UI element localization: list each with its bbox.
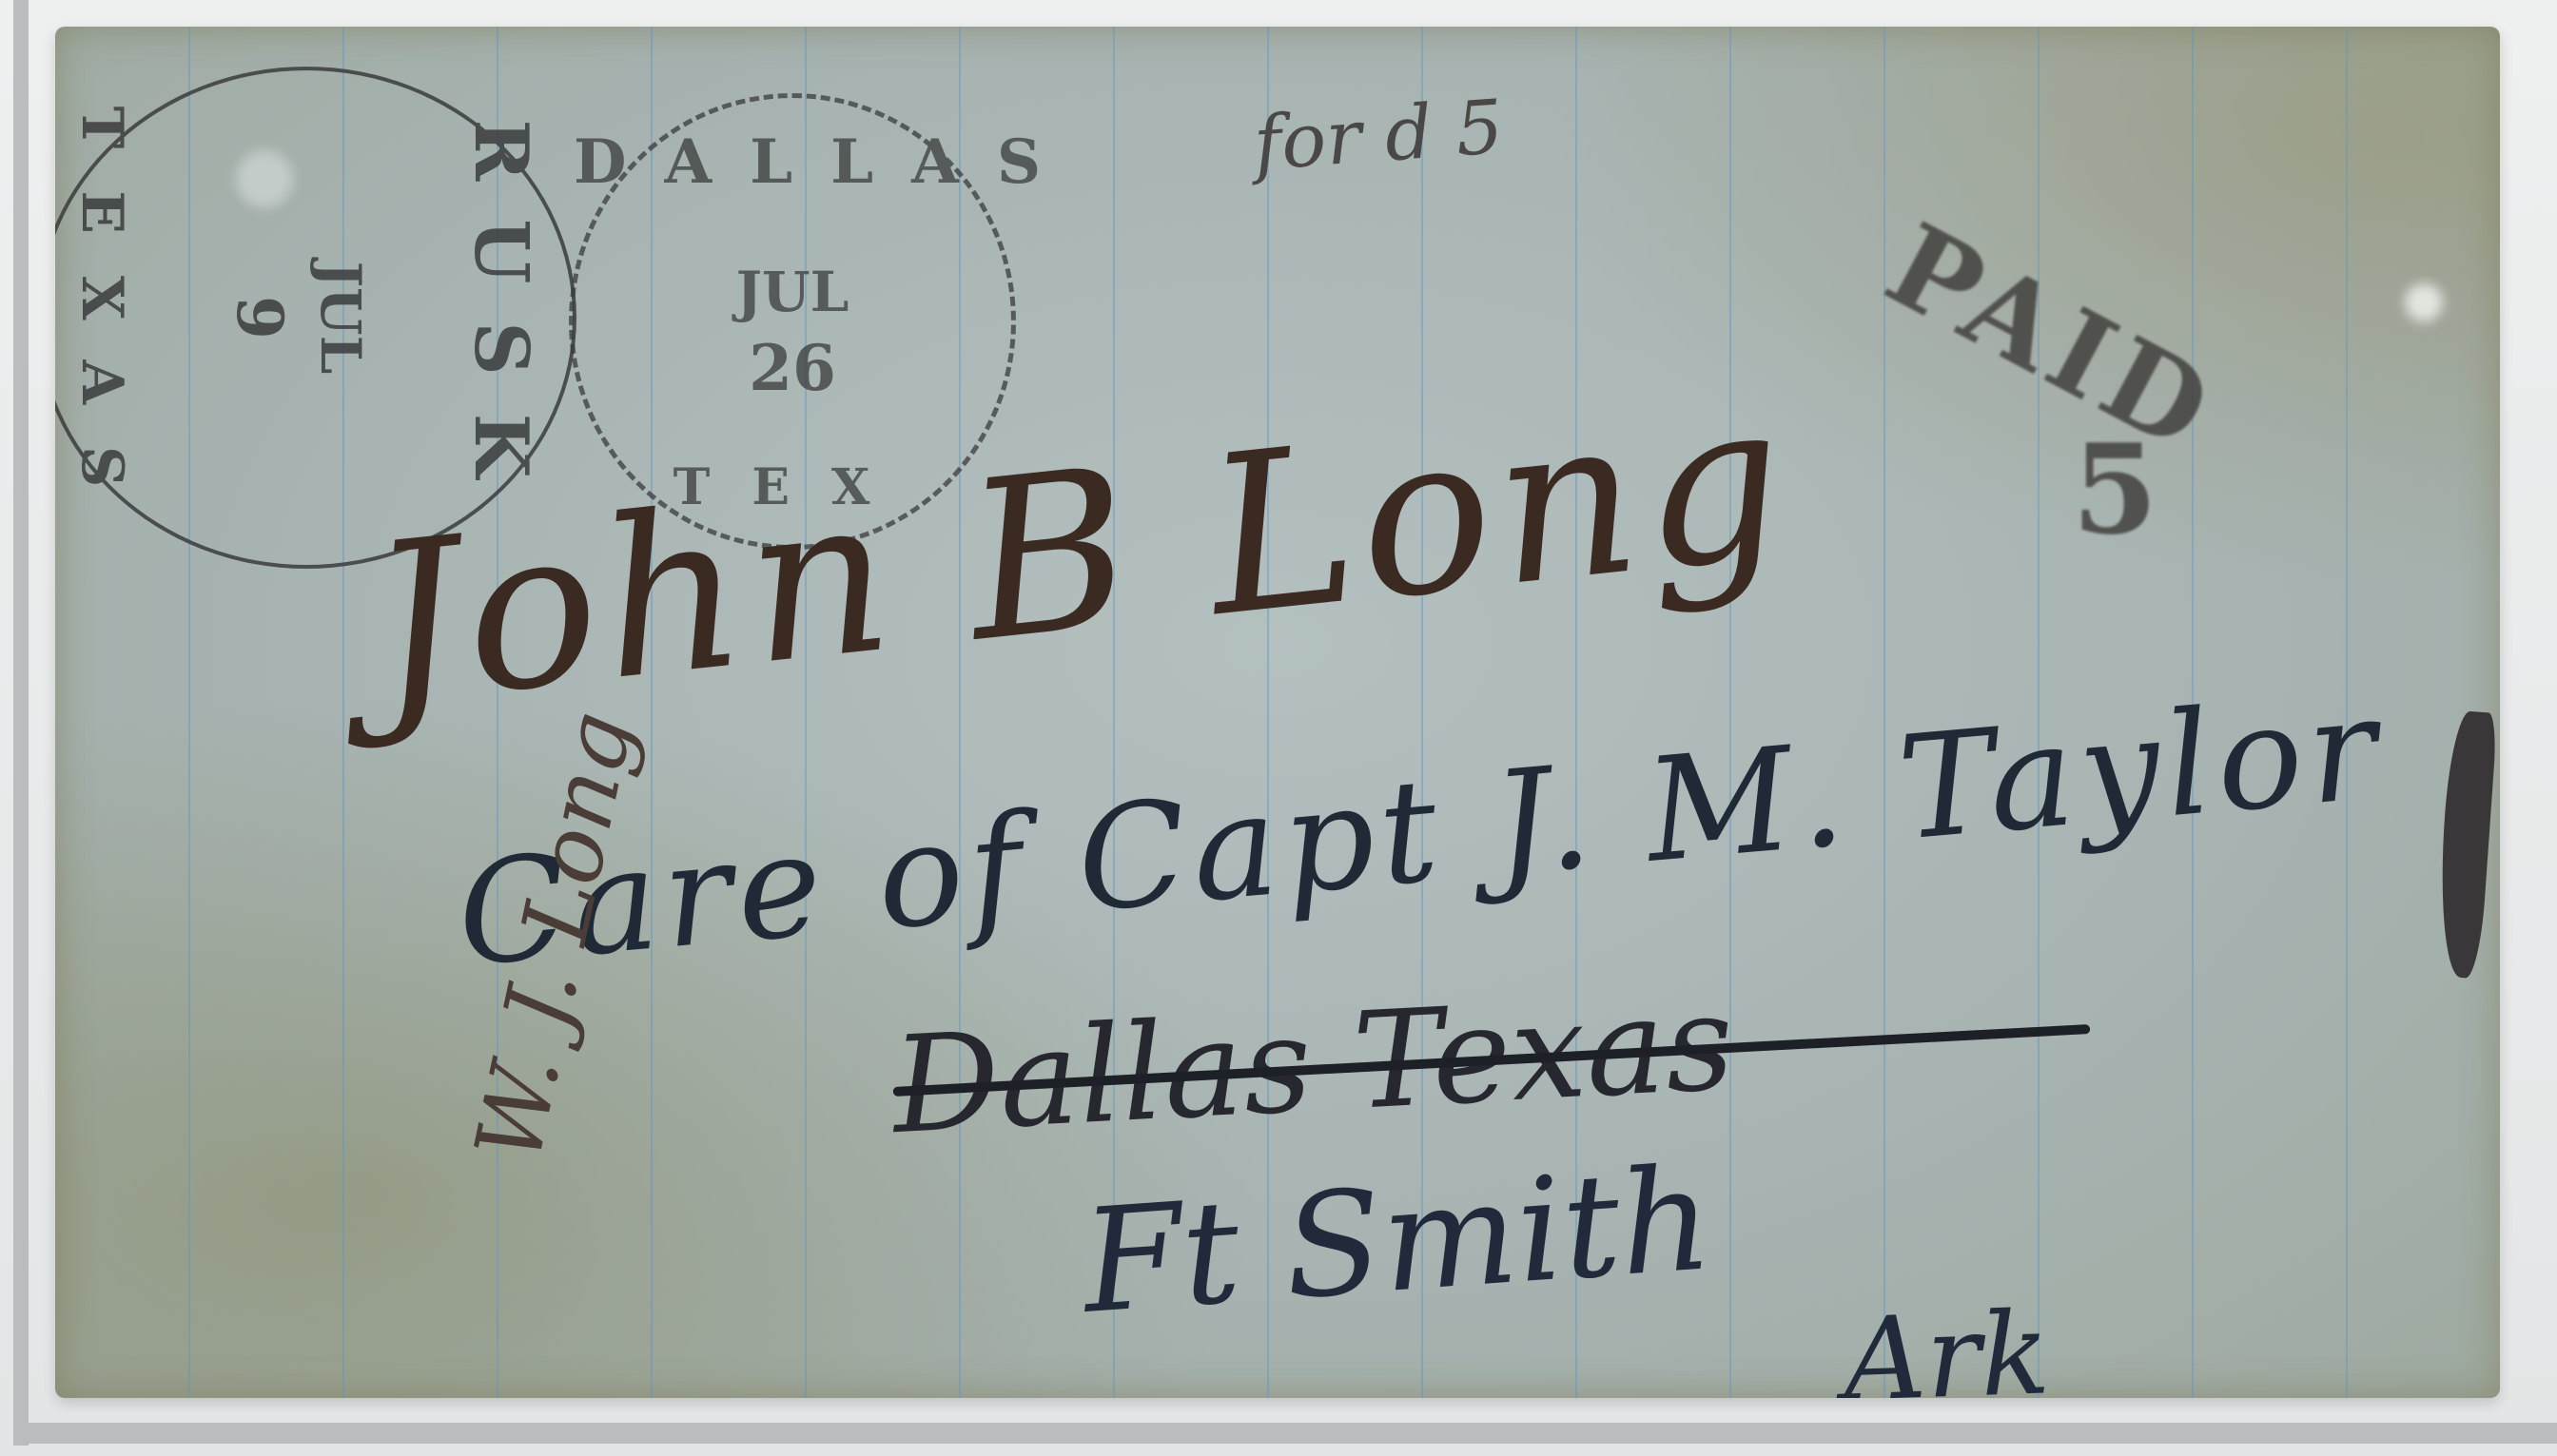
frame-edge-left — [13, 0, 29, 1446]
postmark-month: JUL — [574, 260, 1011, 324]
postmark-day: 26 — [574, 331, 1011, 405]
forwarded-state: Ark — [1842, 1288, 2052, 1398]
ink-stain — [2433, 710, 2497, 980]
forwarded-note: for d 5 — [1251, 85, 1506, 187]
postmark-month: JUL — [308, 70, 373, 565]
addressee-name: John B Long — [360, 353, 1800, 754]
glass-glare — [2405, 283, 2443, 321]
postmark-day: 9 — [223, 70, 297, 565]
postal-cover: RUSK JUL 9 TEXAS DALLAS JUL 26 TEX PAID … — [55, 27, 2500, 1398]
frame-edge-bottom — [13, 1423, 2557, 1444]
postmark-state: TEXAS — [68, 70, 135, 565]
postmark-town: DALLAS — [574, 126, 1011, 198]
paid-rate: 5 — [2072, 417, 2157, 562]
paid-handstamp: PAID 5 — [1920, 169, 2348, 569]
paid-word: PAID — [1866, 198, 2237, 480]
forwarded-city: Ft Smith — [1078, 1136, 1717, 1346]
ruled-line — [1729, 27, 1731, 1398]
